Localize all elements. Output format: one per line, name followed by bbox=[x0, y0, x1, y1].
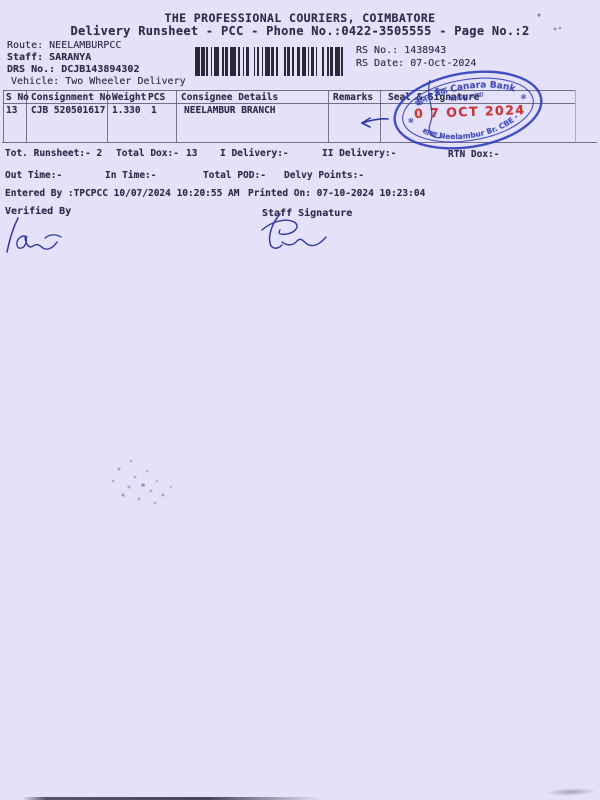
tot-runsheet-label: Tot. Runsheet:- bbox=[5, 148, 91, 159]
grid-line bbox=[575, 90, 576, 142]
col-header-consignment: Consignment No bbox=[31, 92, 111, 103]
col-header-s-no: S No bbox=[6, 92, 29, 103]
out-time-label: Out Time:- bbox=[5, 170, 62, 181]
cell-pcs: 1 bbox=[151, 105, 157, 116]
staff-line: Staff: SARANYA bbox=[7, 52, 91, 63]
col-header-pcs: PCS bbox=[148, 92, 165, 103]
page-subtitle: Delivery Runsheet - PCC - Phone No.:0422… bbox=[0, 24, 600, 38]
tot-runsheet-value: 2 bbox=[97, 148, 103, 159]
vehicle-value: Two Wheeler Delivery bbox=[65, 76, 185, 87]
col-header-remarks: Remarks bbox=[333, 92, 373, 103]
rs-no-label: RS No.: bbox=[356, 45, 398, 56]
route-label: Route: bbox=[7, 40, 43, 51]
route-value: NEELAMBURPCC bbox=[49, 40, 121, 51]
ii-delivery-label: II Delivery:- bbox=[322, 148, 396, 159]
printed-on-line: Printed On: 07-10-2024 10:23:04 bbox=[248, 188, 425, 199]
grid-line bbox=[176, 90, 177, 142]
total-dox-label: Total Dox:- bbox=[116, 148, 179, 159]
staff-label: Staff: bbox=[7, 52, 43, 63]
vehicle-label: Vehicle: bbox=[11, 76, 59, 87]
drs-label: DRS No.: bbox=[7, 64, 55, 75]
col-header-consignee: Consignee Details bbox=[181, 92, 278, 103]
i-delivery-label: I Delivery:- bbox=[220, 148, 289, 159]
entered-by-line: Entered By :TPCPCC 10/07/2024 10:20:55 A… bbox=[5, 188, 240, 199]
barcode-gap bbox=[343, 47, 346, 76]
rtn-dox-label: RTN Dox:- bbox=[448, 149, 499, 160]
cell-consignee: NEELAMBUR BRANCH bbox=[184, 105, 276, 116]
stamp-emblem-right: ✻ bbox=[520, 93, 527, 102]
total-pod-label: Total POD:- bbox=[203, 170, 266, 181]
delvy-points-label: Delvy Points:- bbox=[284, 170, 364, 181]
rs-no-line: RS No.: 1438943 bbox=[356, 45, 446, 56]
total-dox-value: 13 bbox=[186, 148, 197, 159]
rs-no-value: 1438943 bbox=[404, 45, 446, 56]
scanned-delivery-runsheet: THE PROFESSIONAL COURIERS, COIMBATORE De… bbox=[0, 0, 600, 800]
barcode bbox=[195, 47, 346, 76]
pen-arrow-mark bbox=[358, 114, 390, 130]
route-line: Route: NEELAMBURPCC bbox=[7, 40, 121, 51]
staff-value: SARANYA bbox=[49, 52, 91, 63]
cell-s-no: 13 bbox=[6, 105, 17, 116]
page-title: THE PROFESSIONAL COURIERS, COIMBATORE bbox=[0, 11, 600, 25]
canara-bank-stamp: केनरा बैंक Canara Bank नीलाम्बूर शाखा शा… bbox=[390, 68, 546, 152]
vehicle-line: Vehicle: Two Wheeler Delivery bbox=[11, 76, 186, 87]
tot-runsheet: Tot. Runsheet:- 2 bbox=[5, 148, 102, 159]
cell-consignment: CJB 520501617 bbox=[31, 105, 105, 116]
staff-signature bbox=[256, 210, 340, 256]
scan-smudge-bottom-right bbox=[546, 787, 596, 797]
scan-speckle-cluster bbox=[100, 446, 102, 448]
drs-line: DRS No.: DCJB143894302 bbox=[7, 64, 139, 75]
grid-line bbox=[3, 90, 4, 142]
in-time-label: In Time:- bbox=[105, 170, 156, 181]
col-header-weight: Weight bbox=[112, 92, 146, 103]
drs-value: DCJB143894302 bbox=[61, 64, 139, 75]
cell-weight: 1.330 bbox=[112, 105, 141, 116]
scan-speck-top-right bbox=[536, 12, 538, 14]
grid-line bbox=[328, 90, 329, 142]
verified-by-signature bbox=[3, 216, 65, 256]
